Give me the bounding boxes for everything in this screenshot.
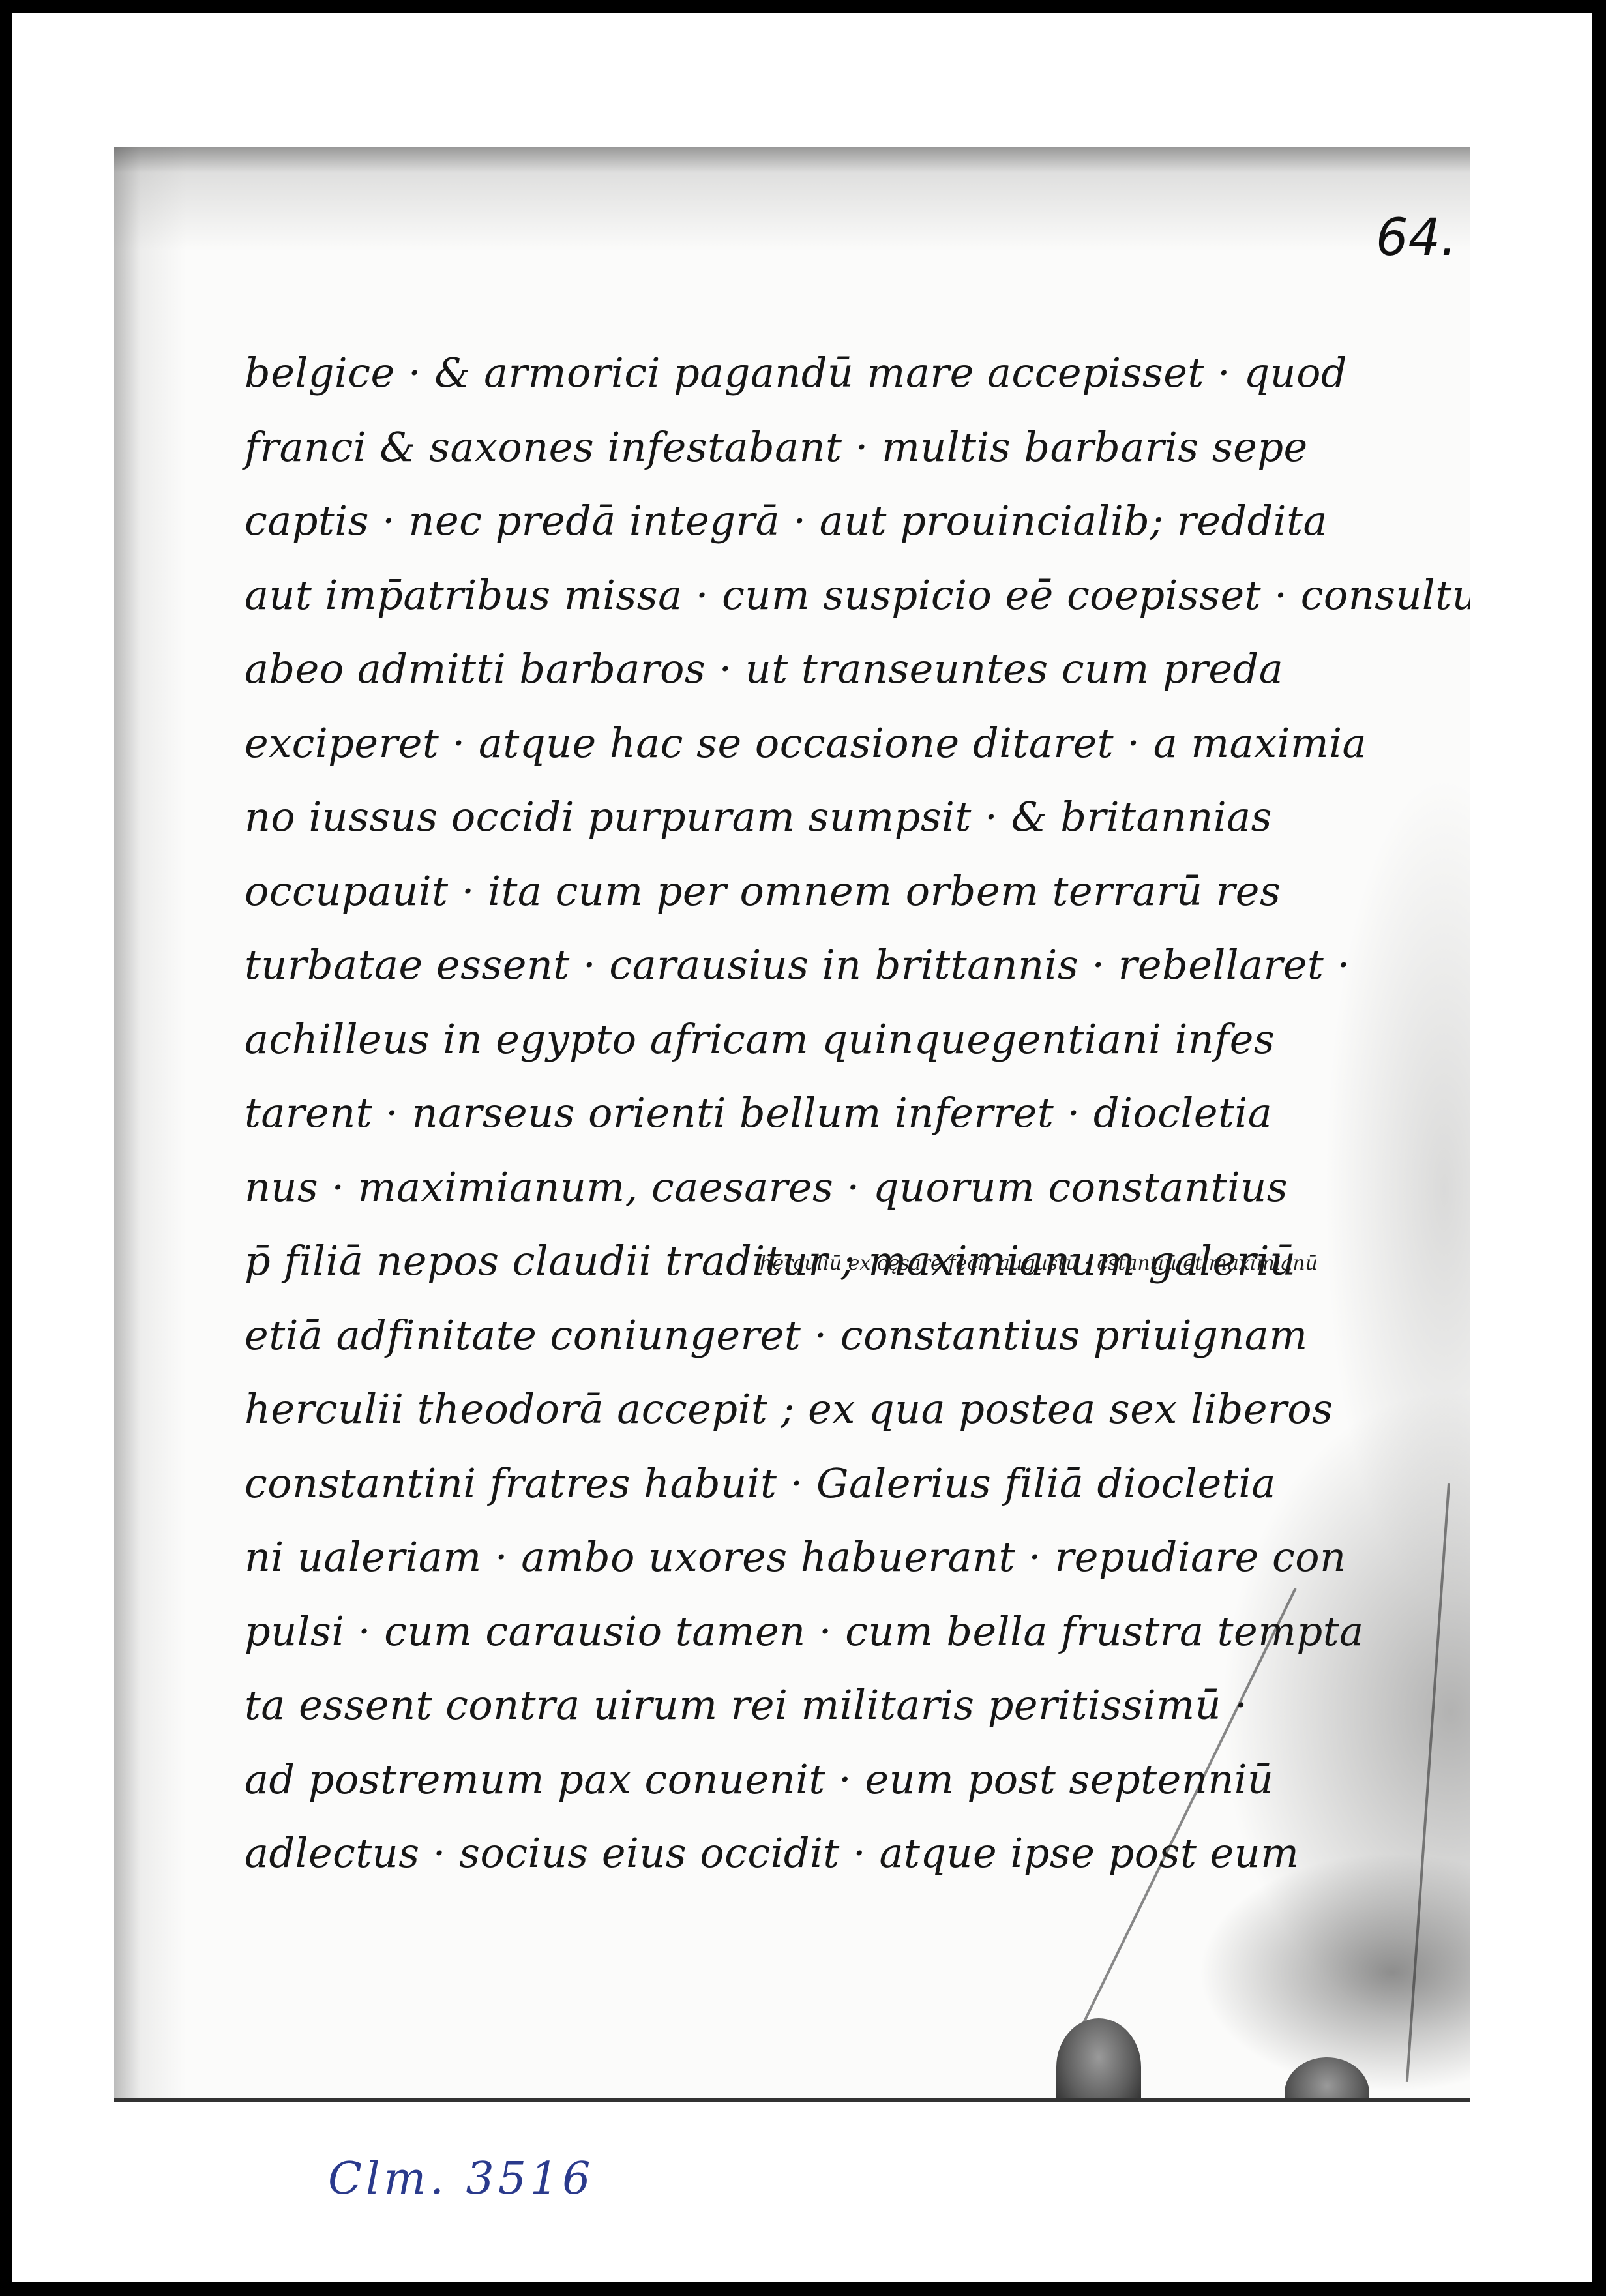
text-line: franci & saxones infestabant · multis ba… <box>245 410 1366 485</box>
text-line: captis · nec predā integrā · aut prouinc… <box>245 484 1366 558</box>
text-line: abeo admitti barbaros · ut transeuntes c… <box>245 632 1366 706</box>
page-crease <box>1406 1483 1450 2082</box>
text-line: achilleus in egypto africam quinquegenti… <box>245 1002 1366 1077</box>
text-line: nus · maximianum, caesares · quorum cons… <box>245 1150 1366 1225</box>
text-line: constantini fratres habuit · Galerius fi… <box>245 1446 1366 1521</box>
text-line: belgice · & armorici pagandū mare accepi… <box>245 336 1366 410</box>
text-line: no iussus occidi purpuram sumpsit · & br… <box>245 780 1366 854</box>
folio-number: 64. <box>1376 209 1457 267</box>
holding-finger <box>1056 2018 1141 2102</box>
text-line: ad postremum pax conuenit · eum post sep… <box>245 1742 1366 1817</box>
text-line: pulsi · cum carausio tamen · cum bella f… <box>245 1594 1366 1669</box>
text-line: turbatae essent · carausius in brittanni… <box>245 928 1366 1002</box>
holding-finger <box>1285 2057 1369 2102</box>
text-line: tarent · narseus orienti bellum inferret… <box>245 1076 1366 1150</box>
text-line: ta essent contra uirum rei militaris per… <box>245 1668 1366 1742</box>
manuscript-page-photo: 64. belgice · & armorici pagandū mare ac… <box>114 147 1470 2102</box>
manuscript-text-block: belgice · & armorici pagandū mare accepi… <box>245 336 1366 1890</box>
text-line: aut imp̄atribus missa · cum suspicio eē … <box>245 558 1366 633</box>
text-line: etiā adfinitate coniungeret · constantiu… <box>245 1298 1366 1373</box>
photocopy-sheet: 64. belgice · & armorici pagandū mare ac… <box>12 13 1592 2282</box>
shelfmark-annotation: Clm. 3516 <box>328 2153 595 2205</box>
text-line: herculii theodorā accepit ; ex qua poste… <box>245 1372 1366 1446</box>
text-line: adlectus · socius eius occidit · atque i… <box>245 1816 1366 1890</box>
text-line: ni ualeriam · ambo uxores habuerant · re… <box>245 1520 1366 1594</box>
text-line: occupauit · ita cum per omnem orbem terr… <box>245 854 1366 929</box>
interlinear-gloss: herculiū ex cęsare fecit augustū · cstan… <box>760 1252 1318 1275</box>
text-line: exciperet · atque hac se occasione ditar… <box>245 706 1366 781</box>
